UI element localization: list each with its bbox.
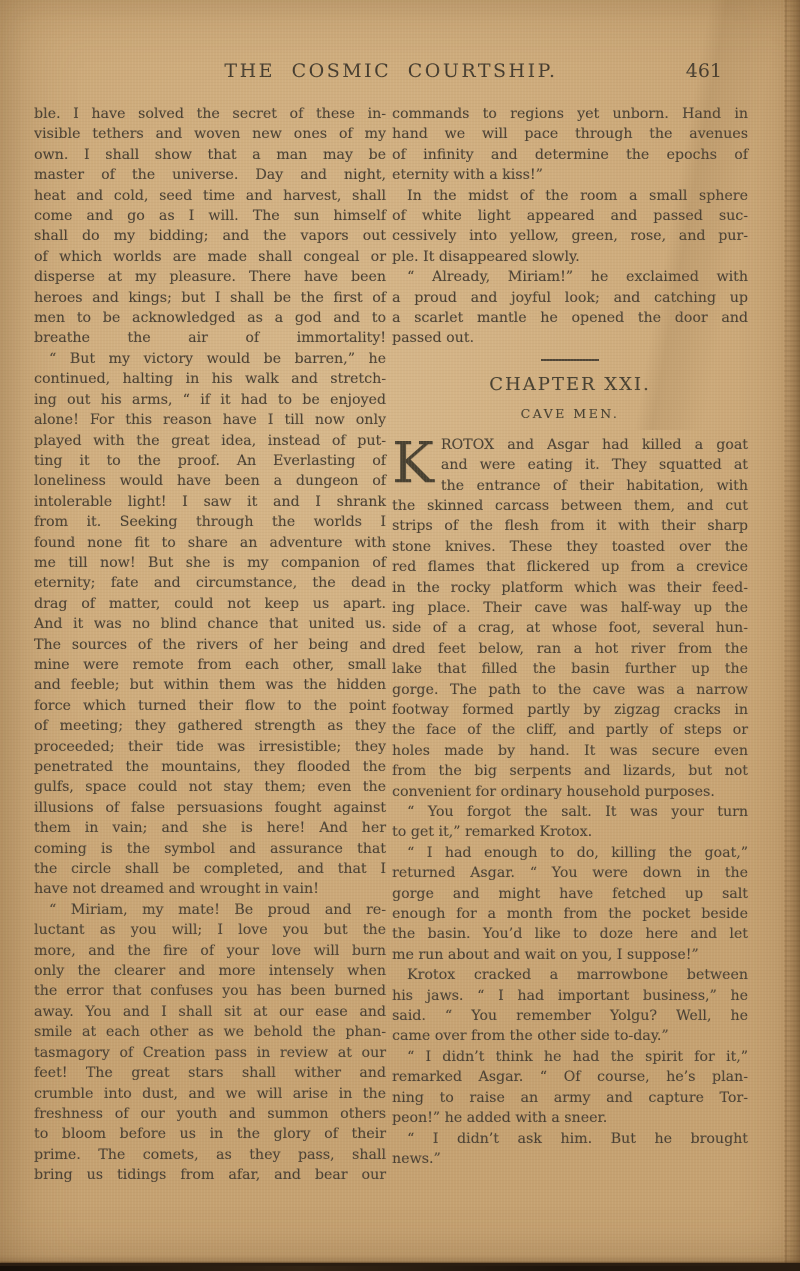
text-line: to bloom before us in the glory of their (34, 1124, 386, 1144)
text-line: breathe the air of immortality! (34, 328, 386, 348)
text-line: eternity with a kiss!” (392, 165, 748, 185)
text-line: the entrance of their habitation, with (392, 476, 748, 496)
text-line: master of the universe. Day and night, (34, 165, 386, 185)
text-line: side of a crag, at whose foot, several h… (392, 618, 748, 638)
text-line: have not dreamed and wrought in vain! (34, 879, 386, 899)
page-number: 461 (686, 60, 722, 82)
text-line: ple. It disappeared slowly. (392, 247, 748, 267)
text-line: news.” (392, 1149, 748, 1169)
text-line: and feeble; but within them was the hidd… (34, 675, 386, 695)
text-line: returned Asgar. “ You were down in the (392, 863, 748, 883)
text-line: passed out. (392, 328, 748, 348)
paragraph: “ I didn’t ask him. But he broughtnews.” (392, 1129, 748, 1170)
section-divider (541, 359, 599, 361)
text-line: remarked Asgar. “ Of course, he’s plan- (392, 1067, 748, 1087)
text-line: freshness of our youth and summon others (34, 1104, 386, 1124)
text-line: footway formed partly by zigzag cracks i… (392, 700, 748, 720)
text-line: enough for a month from the pocket besid… (392, 904, 748, 924)
running-head: THE COSMIC COURTSHIP. (34, 60, 748, 82)
paragraph: In the midst of the room a small sphereo… (392, 186, 748, 268)
paragraph: commands to regions yet unborn. Hand inh… (392, 104, 748, 186)
text-line: only the clearer and more intensely when (34, 961, 386, 981)
paragraph: Krotox cracked a marrowbone betweenhis j… (392, 965, 748, 1047)
text-line: played with the great idea, instead of p… (34, 431, 386, 451)
text-line: stone knives. These they toasted over th… (392, 537, 748, 557)
text-line: a proud and joyful look; and catching up (392, 288, 748, 308)
text-line: visible tethers and woven new ones of my (34, 124, 386, 144)
text-line: me run about and wait on you, I suppose!… (392, 945, 748, 965)
text-line: proceeded; their tide was irresistible; … (34, 737, 386, 757)
text-line: intolerable light! I saw it and I shrank (34, 492, 386, 512)
text-line: more, and the fire of your love will bur… (34, 941, 386, 961)
text-line: ble. I have solved the secret of these i… (34, 104, 386, 124)
bottom-page-edge-line (0, 1263, 800, 1266)
text-line: heroes and kings; but I shall be the fir… (34, 288, 386, 308)
text-line: “ I didn’t ask him. But he brought (392, 1129, 748, 1149)
chapter-subheading: CAVE MEN. (392, 404, 748, 424)
text-line: men to be acknowledged as a god and to (34, 308, 386, 328)
text-line: gorge and might have fetched up salt (392, 884, 748, 904)
text-line: The sources of the rivers of her being a… (34, 635, 386, 655)
text-line: gulfs, space could not stay them; even t… (34, 777, 386, 797)
text-line: “ I had enough to do, killing the goat,” (392, 843, 748, 863)
text-line: In the midst of the room a small sphere (392, 186, 748, 206)
text-line: ning to raise an army and capture Tor- (392, 1088, 748, 1108)
text-line: of meeting; they gathered strength as th… (34, 716, 386, 736)
text-line: convenient for ordinary household purpos… (392, 782, 748, 802)
page-header: THE COSMIC COURTSHIP. 461 (34, 60, 748, 104)
text-line: prime. The comets, as they pass, shall (34, 1145, 386, 1165)
text-line: said. “ You remember Yolgu? Well, he (392, 1006, 748, 1026)
text-line: and were eating it. They squatted at (392, 455, 748, 475)
text-line: the basin. You’d like to doze here and l… (392, 924, 748, 944)
text-line: eternity; fate and circumstance, the dea… (34, 573, 386, 593)
page-content: THE COSMIC COURTSHIP. 461 ble. I have so… (34, 60, 748, 1186)
text-line: And it was no blind chance that united u… (34, 614, 386, 634)
text-line: me till now! But she is my companion of (34, 553, 386, 573)
text-line: crumble into dust, and we will arise in … (34, 1084, 386, 1104)
text-line: to get it,” remarked Krotox. (392, 822, 748, 842)
bottom-dark-edge (0, 1266, 800, 1271)
book-page: THE COSMIC COURTSHIP. 461 ble. I have so… (0, 0, 800, 1271)
chapter-heading: CHAPTER XXI. (392, 375, 748, 395)
text-line: in the rocky platform which was their fe… (392, 578, 748, 598)
paragraph: KROTOX and Asgar had killed a goatand we… (392, 435, 748, 802)
text-line: “ You forgot the salt. It was your turn (392, 802, 748, 822)
text-line: heat and cold, seed time and harvest, sh… (34, 186, 386, 206)
text-line: shall do my bidding; and the vapors out (34, 226, 386, 246)
text-line: mine were remote from each other, small (34, 655, 386, 675)
paragraph: “ I had enough to do, killing the goat,”… (392, 843, 748, 965)
text-line: “ But my victory would be barren,” he (34, 349, 386, 369)
text-line: a scarlet mantle he opened the door and (392, 308, 748, 328)
text-line: luctant as you will; I love you but the (34, 920, 386, 940)
text-line: them in vain; and she is here! And her (34, 818, 386, 838)
text-line: the skinned carcass between them, and cu… (392, 496, 748, 516)
drop-cap: K (392, 435, 441, 496)
text-line: commands to regions yet unborn. Hand in (392, 104, 748, 124)
text-line: cessively into yellow, green, rose, and … (392, 226, 748, 246)
text-line: coming is the symbol and assurance that (34, 839, 386, 859)
text-line: the face of the cliff, and partly of ste… (392, 720, 748, 740)
paragraph: “ But my victory would be barren,” hecon… (34, 349, 386, 900)
text-line: came over from the other side to-day.” (392, 1026, 748, 1046)
text-line: own. I shall show that a man may be (34, 145, 386, 165)
text-line: come and go as I will. The sun himself (34, 206, 386, 226)
text-line: alone! For this reason have I till now o… (34, 410, 386, 430)
text-line: tasmagory of Creation pass in review at … (34, 1043, 386, 1063)
right-edge-crease (785, 0, 787, 1271)
column-left: ble. I have solved the secret of these i… (34, 104, 386, 1186)
text-line: continued, halting in his walk and stret… (34, 369, 386, 389)
text-line: smile at each other as we behold the pha… (34, 1022, 386, 1042)
text-line: of white light appeared and passed suc- (392, 206, 748, 226)
text-line: illusions of false persuasions fought ag… (34, 798, 386, 818)
text-line: from the big serpents and lizards, but n… (392, 761, 748, 781)
text-line: penetrated the mountains, they flooded t… (34, 757, 386, 777)
text-line: ing out his arms, “ if it had to be enjo… (34, 390, 386, 410)
text-line: force which turned their flow to the poi… (34, 696, 386, 716)
text-line: hand we will pace through the avenues (392, 124, 748, 144)
text-line: bring us tidings from afar, and bear our (34, 1165, 386, 1185)
text-line: gorge. The path to the cave was a narrow (392, 680, 748, 700)
text-line: the circle shall be completed, and that … (34, 859, 386, 879)
text-line: his jaws. “ I had important business,” h… (392, 986, 748, 1006)
text-line: Krotox cracked a marrowbone between (392, 965, 748, 985)
text-line: holes made by hand. It was secure even (392, 741, 748, 761)
text-line: “ Miriam, my mate! Be proud and re- (34, 900, 386, 920)
text-columns: ble. I have solved the secret of these i… (34, 104, 748, 1186)
text-line: ROTOX and Asgar had killed a goat (392, 435, 748, 455)
text-line: feet! The great stars shall wither and (34, 1063, 386, 1083)
text-line: “ I didn’t think he had the spirit for i… (392, 1047, 748, 1067)
paragraph: “ Already, Miriam!” he exclaimed witha p… (392, 267, 748, 349)
text-line: the error that confuses you has been bur… (34, 981, 386, 1001)
text-line: drag of matter, could not keep us apart. (34, 594, 386, 614)
text-line: from it. Seeking through the worlds I (34, 512, 386, 532)
page-fore-edge (784, 0, 800, 1271)
text-line: of infinity and determine the epochs of (392, 145, 748, 165)
paragraph: “ You forgot the salt. It was your turnt… (392, 802, 748, 843)
text-line: “ Already, Miriam!” he exclaimed with (392, 267, 748, 287)
text-line: disperse at my pleasure. There have been (34, 267, 386, 287)
text-line: lake that filled the basin further up th… (392, 659, 748, 679)
column-right: commands to regions yet unborn. Hand inh… (392, 104, 748, 1186)
paragraph: ble. I have solved the secret of these i… (34, 104, 386, 349)
text-line: away. You and I shall sit at our ease an… (34, 1002, 386, 1022)
text-line: strips of the flesh from it with their s… (392, 516, 748, 536)
bottom-edge-shadow (0, 1255, 800, 1271)
text-line: ing place. Their cave was half-way up th… (392, 598, 748, 618)
text-line: found none fit to share an adventure wit… (34, 533, 386, 553)
text-line: of which worlds are made shall congeal o… (34, 247, 386, 267)
text-line: red flames that flickered up from a crev… (392, 557, 748, 577)
text-line: dred feet below, ran a hot river from th… (392, 639, 748, 659)
text-line: ting it to the proof. An Everlasting of (34, 451, 386, 471)
paragraph: “ I didn’t think he had the spirit for i… (392, 1047, 748, 1129)
text-line: loneliness would have been a dungeon of (34, 471, 386, 491)
text-line: peon!” he added with a sneer. (392, 1108, 748, 1128)
paragraph: “ Miriam, my mate! Be proud and re-lucta… (34, 900, 386, 1186)
